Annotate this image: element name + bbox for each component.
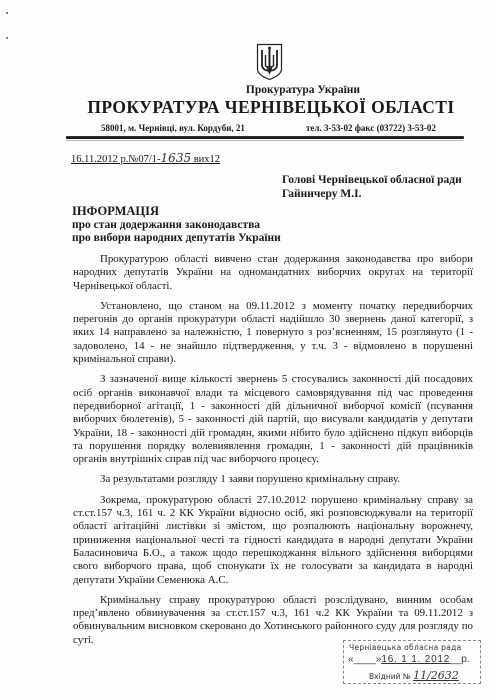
trident-emblem-icon [256,43,283,81]
office-contacts: тел. 3-53-02 факс (03722) 3-53-02 [306,123,436,133]
scan-artifact [6,37,8,39]
office-name: ПРОКУРАТУРА ЧЕРНІВЕЦЬКОЇ ОБЛАСТІ [86,97,456,118]
stamp-incoming-label: Вхідний № [369,672,411,681]
body-paragraph: Зокрема, прокуратурою області 27.10.2012… [73,494,473,587]
body-paragraph: Установлено, що станом на 09.11.2012 з м… [73,300,473,366]
recipient-line: Гайничеру М.І. [282,187,462,201]
title-heading: ІНФОРМАЦІЯ [72,205,281,219]
document-title: ІНФОРМАЦІЯ про стан додержання законодав… [72,205,281,246]
stamp-date-suffix: __р. [450,654,469,665]
stamp-incoming-number: 11/2632 [413,669,459,682]
stamp-incoming-line: Вхідний № 11/2632 [369,669,459,682]
recipient-block: Голові Чернівецької обласної ради Гайнич… [282,173,462,201]
title-line: про вибори народних депутатів України [72,232,281,246]
outgoing-suffix: вих12 [191,154,220,165]
handwritten-number: 1635 [161,151,192,165]
scan-artifact [6,12,8,14]
title-line: про стан додержання законодавства [72,219,281,233]
header-divider-shadow [66,140,464,141]
body-paragraph: Прокуратурою області вивчено стан додерж… [73,253,473,293]
stamp-date: 16. 1 1. 2012 [381,654,450,665]
body-paragraph: З зазначеної вище кількості звернень 5 с… [73,373,473,466]
recipient-line: Голові Чернівецької обласної ради [282,173,462,187]
agency-name: Прокуратура України [0,84,496,96]
outgoing-prefix: 16.11.2012 р.№07/1- [71,154,161,165]
outgoing-number: 16.11.2012 р.№07/1-1635 вих12 [71,151,220,165]
stamp-org: Чернівецька обласна рада [349,643,462,652]
document-page: Прокуратура України ПРОКУРАТУРА ЧЕРНІВЕЦ… [0,0,496,700]
office-address: 58001, м. Чернівці, вул. Кордуби, 21 [101,123,245,133]
stamp-date-line: «____»16. 1 1. 2012__р. [348,654,470,665]
body-paragraph: За результатами розгляду 1 заяви порушен… [73,473,473,486]
document-body: Прокуратурою області вивчено стан додерж… [73,253,473,654]
stamp-date-prefix: «____» [348,654,381,665]
incoming-stamp: Чернівецька обласна рада «____»16. 1 1. … [343,640,481,684]
header-divider [66,136,464,139]
